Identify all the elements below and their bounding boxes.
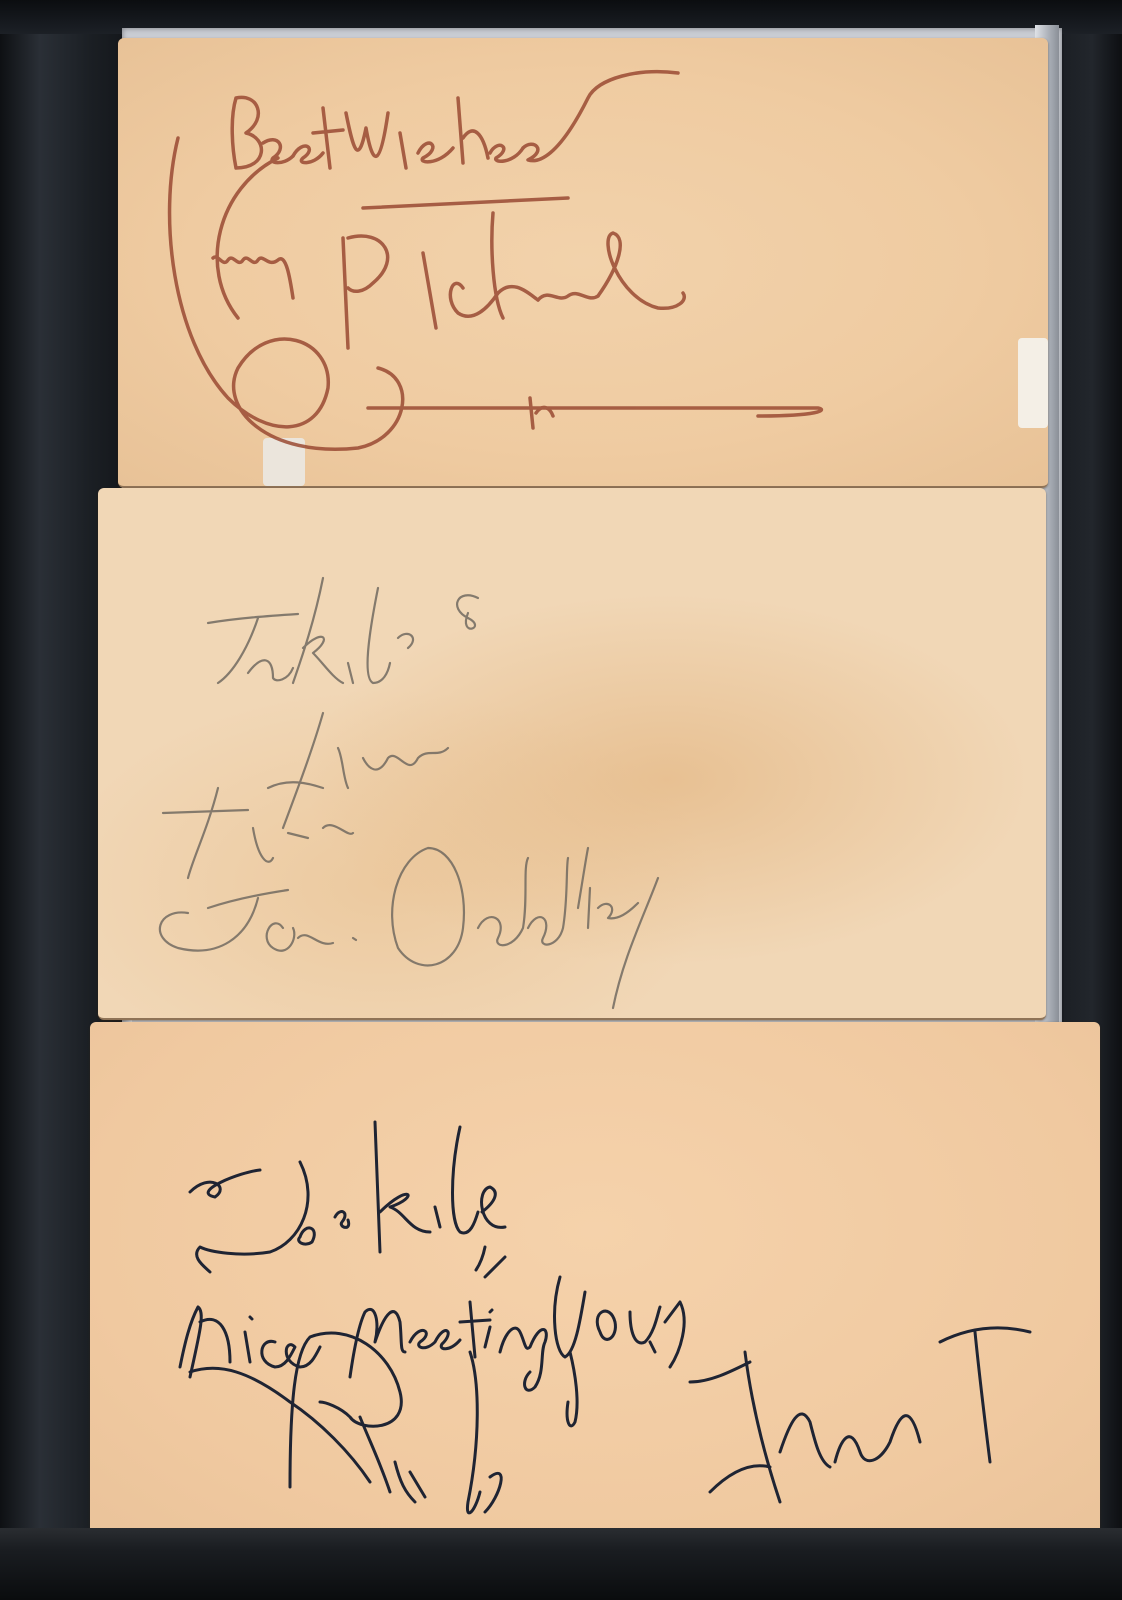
autograph-card-middle: To Kile & Jim Thanks Joe Oddley [98,488,1046,1020]
frame-bottom-edge [0,1528,1122,1600]
autograph-card-bottom: To Kile, Nice meeting you, Paulo Trent [90,1022,1100,1542]
handwriting-best-wishes-signature [118,38,1048,486]
handwriting-to-kile-joe-signature [98,488,1046,1018]
autograph-card-top: Best Wishes Jimmy Pickens Jr [118,38,1048,488]
handwriting-nice-meeting-you-signature [90,1022,1100,1542]
